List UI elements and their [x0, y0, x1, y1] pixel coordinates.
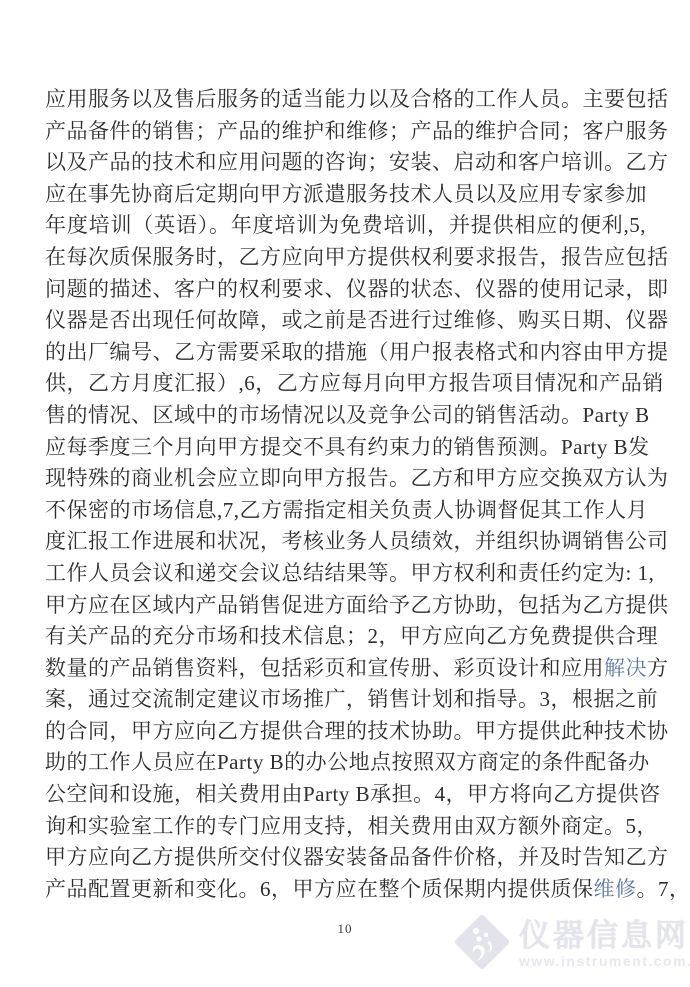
- body-text: 以及产品的技术和应用问题的咨询；安装、启动和客户培训。乙方: [45, 150, 669, 174]
- text-line: 供，乙方月度汇报）,6，乙方应每月向甲方报告项目情况和产品销: [45, 368, 646, 400]
- body-text: 甲方应在区域内产品销售促进方面给予乙方协助，包括为乙方提供: [45, 593, 669, 617]
- text-line: 应每季度三个月向甲方提交不具有约束力的销售预测。Party B发: [45, 432, 646, 464]
- body-text: 公空间和设施，相关费用由Party B承担。4，甲方将向乙方提供咨: [45, 782, 661, 806]
- document-text: 应用服务以及售后服务的适当能力以及合格的工作人员。主要包括产品备件的销售；产品的…: [45, 84, 646, 905]
- text-line: 工作人员会议和递交会议总结结果等。甲方权利和责任约定为: 1,: [45, 558, 646, 590]
- text-line: 的出厂编号、乙方需要采取的措施（用户报表格式和内容由甲方提: [45, 337, 646, 369]
- text-line: 仪器是否出现任何故障，或之前是否进行过维修、购买日期、仪器: [45, 305, 646, 337]
- body-text: 询和实验室工作的专门应用支持，相关费用由双方额外商定。5，: [45, 814, 658, 838]
- body-text: 方: [647, 656, 669, 680]
- text-line: 现特殊的商业机会应立即向甲方报告。乙方和甲方应交换双方认为: [45, 463, 646, 495]
- text-line: 在每次质保服务时，乙方应向甲方提供权利要求报告，报告应包括: [45, 242, 646, 274]
- body-text: 仪器是否出现任何故障，或之前是否进行过维修、购买日期、仪器: [45, 308, 669, 332]
- body-text: 。7，: [637, 877, 690, 901]
- text-line: 数量的产品销售资料，包括彩页和宣传册、彩页设计和应用解决方: [45, 653, 646, 685]
- text-line: 应在事先协商后定期向甲方派遣服务技术人员以及应用专家参加: [45, 179, 646, 211]
- body-text: 有关产品的充分市场和技术信息；2，甲方应向乙方免费提供合理: [45, 624, 658, 648]
- body-text: 助的工作人员应在Party B的办公地点按照双方商定的条件配备办: [45, 750, 650, 774]
- body-text: 度汇报工作进展和状况，考核业务人员绩效，并组织协调销售公司: [45, 529, 669, 553]
- body-text: 售的情况、区域中的市场情况以及竞争公司的销售活动。Party B: [45, 403, 650, 427]
- body-text: 应用服务以及售后服务的适当能力以及合格的工作人员。主要包括: [45, 87, 669, 111]
- text-line: 不保密的市场信息,7,乙方需指定相关负责人协调督促其工作人月: [45, 495, 646, 527]
- text-line: 售的情况、区域中的市场情况以及竞争公司的销售活动。Party B: [45, 400, 646, 432]
- body-text: 不保密的市场信息,7,乙方需指定相关负责人协调督促其工作人月: [45, 498, 648, 522]
- text-line: 年度培训（英语）。年度培训为免费培训，并提供相应的便利,5,: [45, 210, 646, 242]
- body-text: 应每季度三个月向甲方提交不具有约束力的销售预测。Party B发: [45, 435, 650, 459]
- body-text: 数量的产品销售资料，包括彩页和宣传册、彩页设计和应用: [45, 656, 604, 680]
- highlighted-text: 解决: [604, 656, 647, 680]
- text-line: 应用服务以及售后服务的适当能力以及合格的工作人员。主要包括: [45, 84, 646, 116]
- document-page: 应用服务以及售后服务的适当能力以及合格的工作人员。主要包括产品备件的销售；产品的…: [0, 0, 690, 987]
- text-line: 公空间和设施，相关费用由Party B承担。4，甲方将向乙方提供咨: [45, 779, 646, 811]
- watermark-site-name: 仪器信息网: [519, 920, 689, 952]
- body-text: 问题的描述、客户的权利要求、仪器的状态、仪器的使用记录，即: [45, 277, 669, 301]
- body-text: 案，通过交流制定建议市场推广，销售计划和指导。3，根据之前: [45, 687, 658, 711]
- text-line: 以及产品的技术和应用问题的咨询；安装、启动和客户培训。乙方: [45, 147, 646, 179]
- text-line: 甲方应向乙方提供所交付仪器安装备品备件价格，并及时告知乙方: [45, 842, 646, 874]
- body-text: 现特殊的商业机会应立即向甲方报告。乙方和甲方应交换双方认为: [45, 466, 669, 490]
- watermark-site-url: www.instrument.com.cn: [519, 953, 690, 969]
- text-line: 问题的描述、客户的权利要求、仪器的状态、仪器的使用记录，即: [45, 274, 646, 306]
- watermark-texts: 仪器信息网 www.instrument.com.cn: [519, 920, 690, 969]
- text-line: 有关产品的充分市场和技术信息；2，甲方应向乙方免费提供合理: [45, 621, 646, 653]
- body-text: 在每次质保服务时，乙方应向甲方提供权利要求报告，报告应包括: [45, 245, 669, 269]
- body-text: 年度培训（英语）。年度培训为免费培训，并提供相应的便利,5,: [45, 213, 646, 237]
- text-line: 度汇报工作进展和状况，考核业务人员绩效，并组织协调销售公司: [45, 526, 646, 558]
- watermark: 仪器信息网 www.instrument.com.cn: [449, 906, 690, 982]
- text-line: 的合同，甲方应向乙方提供合理的技术协助。甲方提供此种技术协: [45, 716, 646, 748]
- body-text: 工作人员会议和递交会议总结结果等。甲方权利和责任约定为: 1,: [45, 561, 654, 585]
- text-line: 助的工作人员应在Party B的办公地点按照双方商定的条件配备办: [45, 747, 646, 779]
- text-line: 产品配置更新和变化。6，甲方应在整个质保期内提供质保维修。7，: [45, 874, 646, 906]
- highlighted-text: 维修: [594, 877, 637, 901]
- body-text: 产品配置更新和变化。6，甲方应在整个质保期内提供质保: [45, 877, 594, 901]
- body-text: 的合同，甲方应向乙方提供合理的技术协助。甲方提供此种技术协: [45, 719, 669, 743]
- text-line: 案，通过交流制定建议市场推广，销售计划和指导。3，根据之前: [45, 684, 646, 716]
- body-text: 甲方应向乙方提供所交付仪器安装备品备件价格，并及时告知乙方: [45, 845, 669, 869]
- body-text: 产品备件的销售；产品的维护和维修；产品的维护合同；客户服务: [45, 119, 669, 143]
- text-line: 产品备件的销售；产品的维护和维修；产品的维护合同；客户服务: [45, 116, 646, 148]
- text-line: 甲方应在区域内产品销售促进方面给予乙方协助，包括为乙方提供: [45, 590, 646, 622]
- body-text: 供，乙方月度汇报）,6，乙方应每月向甲方报告项目情况和产品销: [45, 371, 664, 395]
- watermark-diamond-logo-icon: [449, 909, 515, 980]
- body-text: 的出厂编号、乙方需要采取的措施（用户报表格式和内容由甲方提: [45, 340, 669, 364]
- body-text: 应在事先协商后定期向甲方派遣服务技术人员以及应用专家参加: [45, 182, 647, 206]
- text-line: 询和实验室工作的专门应用支持，相关费用由双方额外商定。5，: [45, 811, 646, 843]
